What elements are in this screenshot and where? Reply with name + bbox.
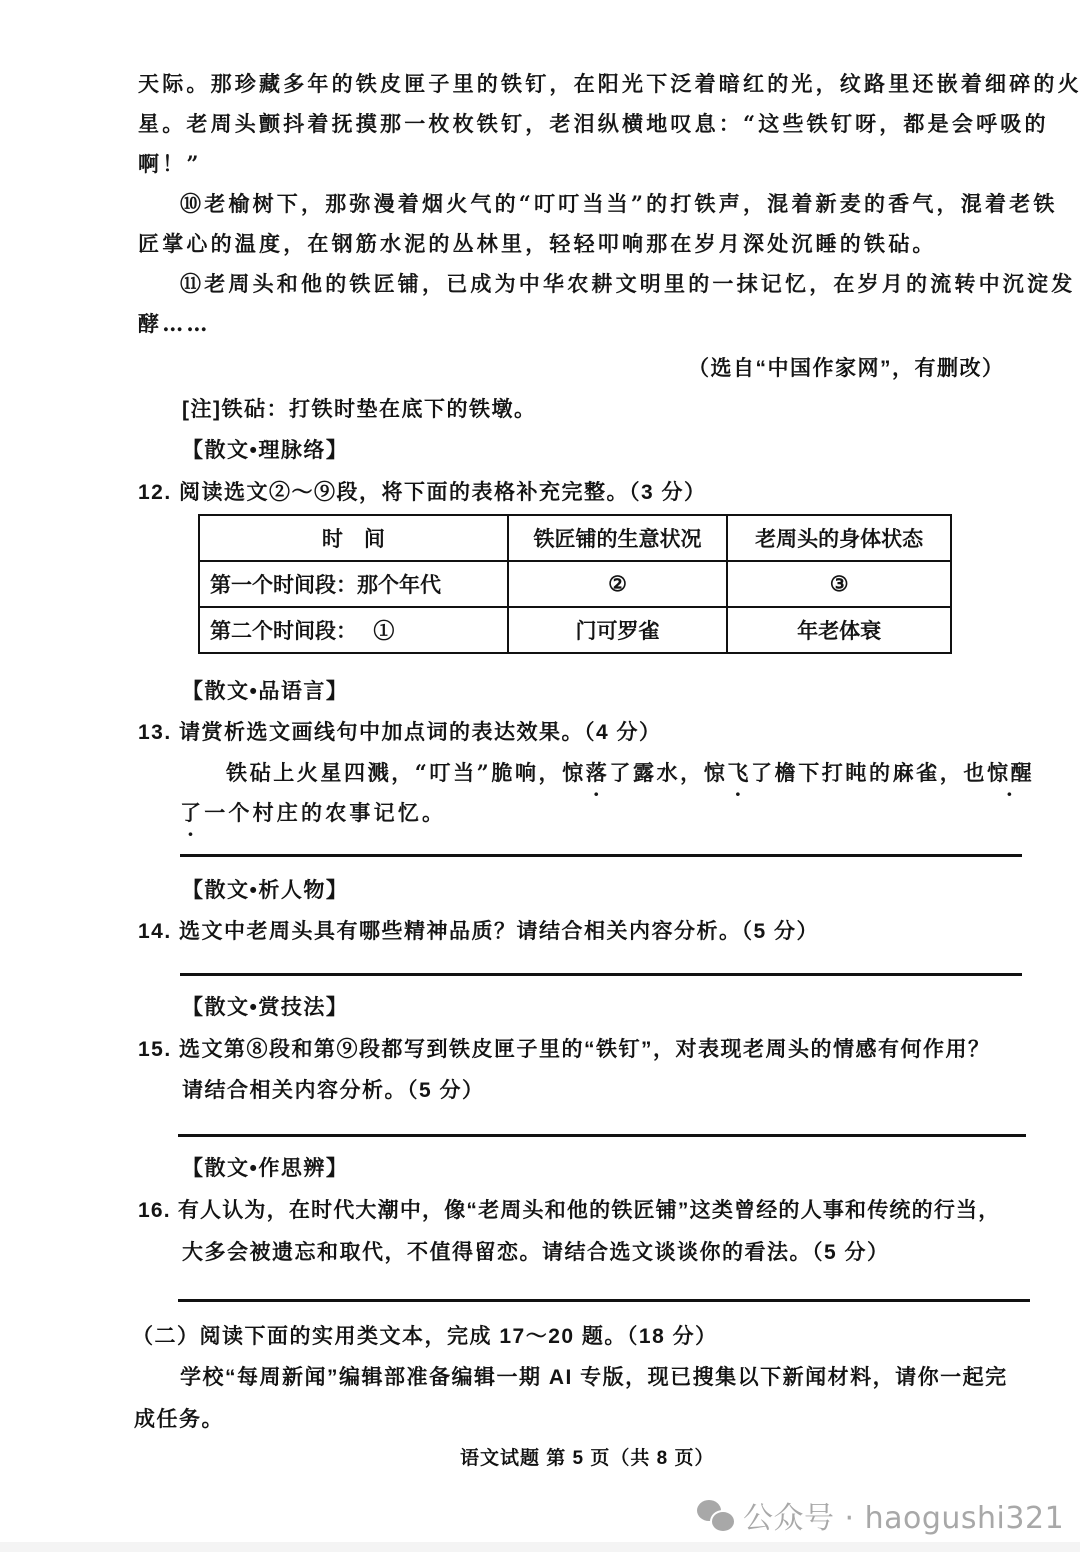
question-13-prompt: 13. 请赏析选文画线句中加点词的表达效果。（4 分） [138,716,662,746]
wechat-icon [697,1500,735,1532]
table-cell: 门可罗雀 [508,607,728,653]
part-2-heading: （二）阅读下面的实用类文本，完成 17～20 题。（18 分） [132,1320,718,1350]
section-label-q15: 【散文•赏技法】 [182,991,348,1021]
section-label-q14: 【散文•析人物】 [182,874,348,904]
answer-line-q14[interactable] [180,973,1022,976]
question-13-quote-line-2: 了一个村庄的农事记忆。 [180,797,446,827]
passage-line-1: 天际。那珍藏多年的铁皮匣子里的铁钉，在阳光下泛着暗红的光，纹路里还嵌着细碎的火 [138,68,1080,98]
question-12-prompt: 12. 阅读选文②～⑨段，将下面的表格补充完整。（3 分） [138,476,707,506]
dotted-word-1: 惊落了 [562,757,633,787]
question-12-table: 时 间 铁匠铺的生意状况 老周头的身体状态 第一个时间段：那个年代 ② ③ 第二… [198,514,952,654]
quote-text: 铁砧上火星四溅，“叮当”脆响， [226,760,562,785]
answer-line-q15[interactable] [178,1134,1026,1137]
paragraph-10-line-1: ⑩老榆树下，那弥漫着烟火气的“叮叮当当”的打铁声，混着新麦的香气，混着老铁 [180,188,1058,218]
answer-line-q13[interactable] [180,854,1022,857]
passage-line-2: 星。老周头颤抖着抚摸那一枚枚铁钉，老泪纵横地叹息：“这些铁钉呀，都是会呼吸的 [138,108,1049,138]
paragraph-10-line-2: 匠掌心的温度，在钢筋水泥的丛林里，轻轻叩响那在岁月深处沉睡的铁砧。 [138,228,937,258]
section-label-q13: 【散文•品语言】 [182,675,348,705]
question-16-prompt-line-1: 16. 有人认为，在时代大潮中，像“老周头和他的铁匠铺”这类曾经的人事和传统的行… [138,1194,1000,1224]
quote-text: 一个村庄的农事记忆。 [204,800,446,825]
watermark: 公众号 · haogushi321 [697,1493,1064,1537]
question-13-quote-line-1: 铁砧上火星四溅，“叮当”脆响，惊落了露水，惊飞了檐下打盹的麻雀，也惊醒 [226,757,1034,787]
quote-text: 露水， [633,760,704,785]
page-bottom-edge [0,1542,1080,1552]
part-2-intro-line-1: 学校“每周新闻”编辑部准备编辑一期 AI 专版，现已搜集以下新闻材料，请你一起完 [180,1361,1008,1391]
table-cell-blank-3[interactable]: ③ [727,561,951,607]
question-15-prompt-line-1: 15. 选文第⑧段和第⑨段都写到铁皮匣子里的“铁钉”，对表现老周头的情感有何作用… [138,1033,991,1063]
table-header-row: 时 间 铁匠铺的生意状况 老周头的身体状态 [199,515,951,561]
dotted-word-3: 惊醒 [987,757,1034,787]
answer-line-q16[interactable] [178,1299,1030,1302]
question-16-prompt-line-2: 大多会被遗忘和取代，不值得留恋。请结合选文谈谈你的看法。（5 分） [182,1236,890,1266]
table-cell: 年老体衰 [727,607,951,653]
table-cell: 第一个时间段：那个年代 [199,561,508,607]
dotted-word-4: 了 [180,797,204,827]
dotted-word-2: 惊飞了 [704,757,775,787]
table-header-business: 铁匠铺的生意状况 [508,515,728,561]
part-2-intro-line-2: 成任务。 [134,1403,224,1433]
question-15-prompt-line-2: 请结合相关内容分析。（5 分） [182,1074,485,1104]
section-label-q12: 【散文•理脉络】 [182,434,348,464]
table-cell-blank-1[interactable]: 第二个时间段： ① [199,607,508,653]
table-row: 第一个时间段：那个年代 ② ③ [199,561,951,607]
passage-source: （选自“中国作家网”，有删改） [688,352,1005,382]
question-14-prompt: 14. 选文中老周头具有哪些精神品质？请结合相关内容分析。（5 分） [138,915,819,945]
quote-text: 檐下打盹的麻雀，也 [775,760,987,785]
table-header-health: 老周头的身体状态 [727,515,951,561]
section-label-q16: 【散文•作思辨】 [182,1152,348,1182]
passage-line-3: 啊！” [138,148,202,178]
paragraph-11-line-1: ⑪老周头和他的铁匠铺，已成为中华农耕文明里的一抹记忆，在岁月的流转中沉淀发 [180,268,1075,298]
table-header-time: 时 间 [199,515,508,561]
watermark-text: 公众号 · haogushi321 [743,1501,1064,1536]
table-cell-blank-2[interactable]: ② [508,561,728,607]
table-row: 第二个时间段： ① 门可罗雀 年老体衰 [199,607,951,653]
page-footer: 语文试题 第 5 页（共 8 页） [460,1443,715,1470]
passage-note: [注]铁砧：打铁时垫在底下的铁墩。 [182,393,537,423]
paragraph-11-line-2: 酵…… [138,308,211,338]
